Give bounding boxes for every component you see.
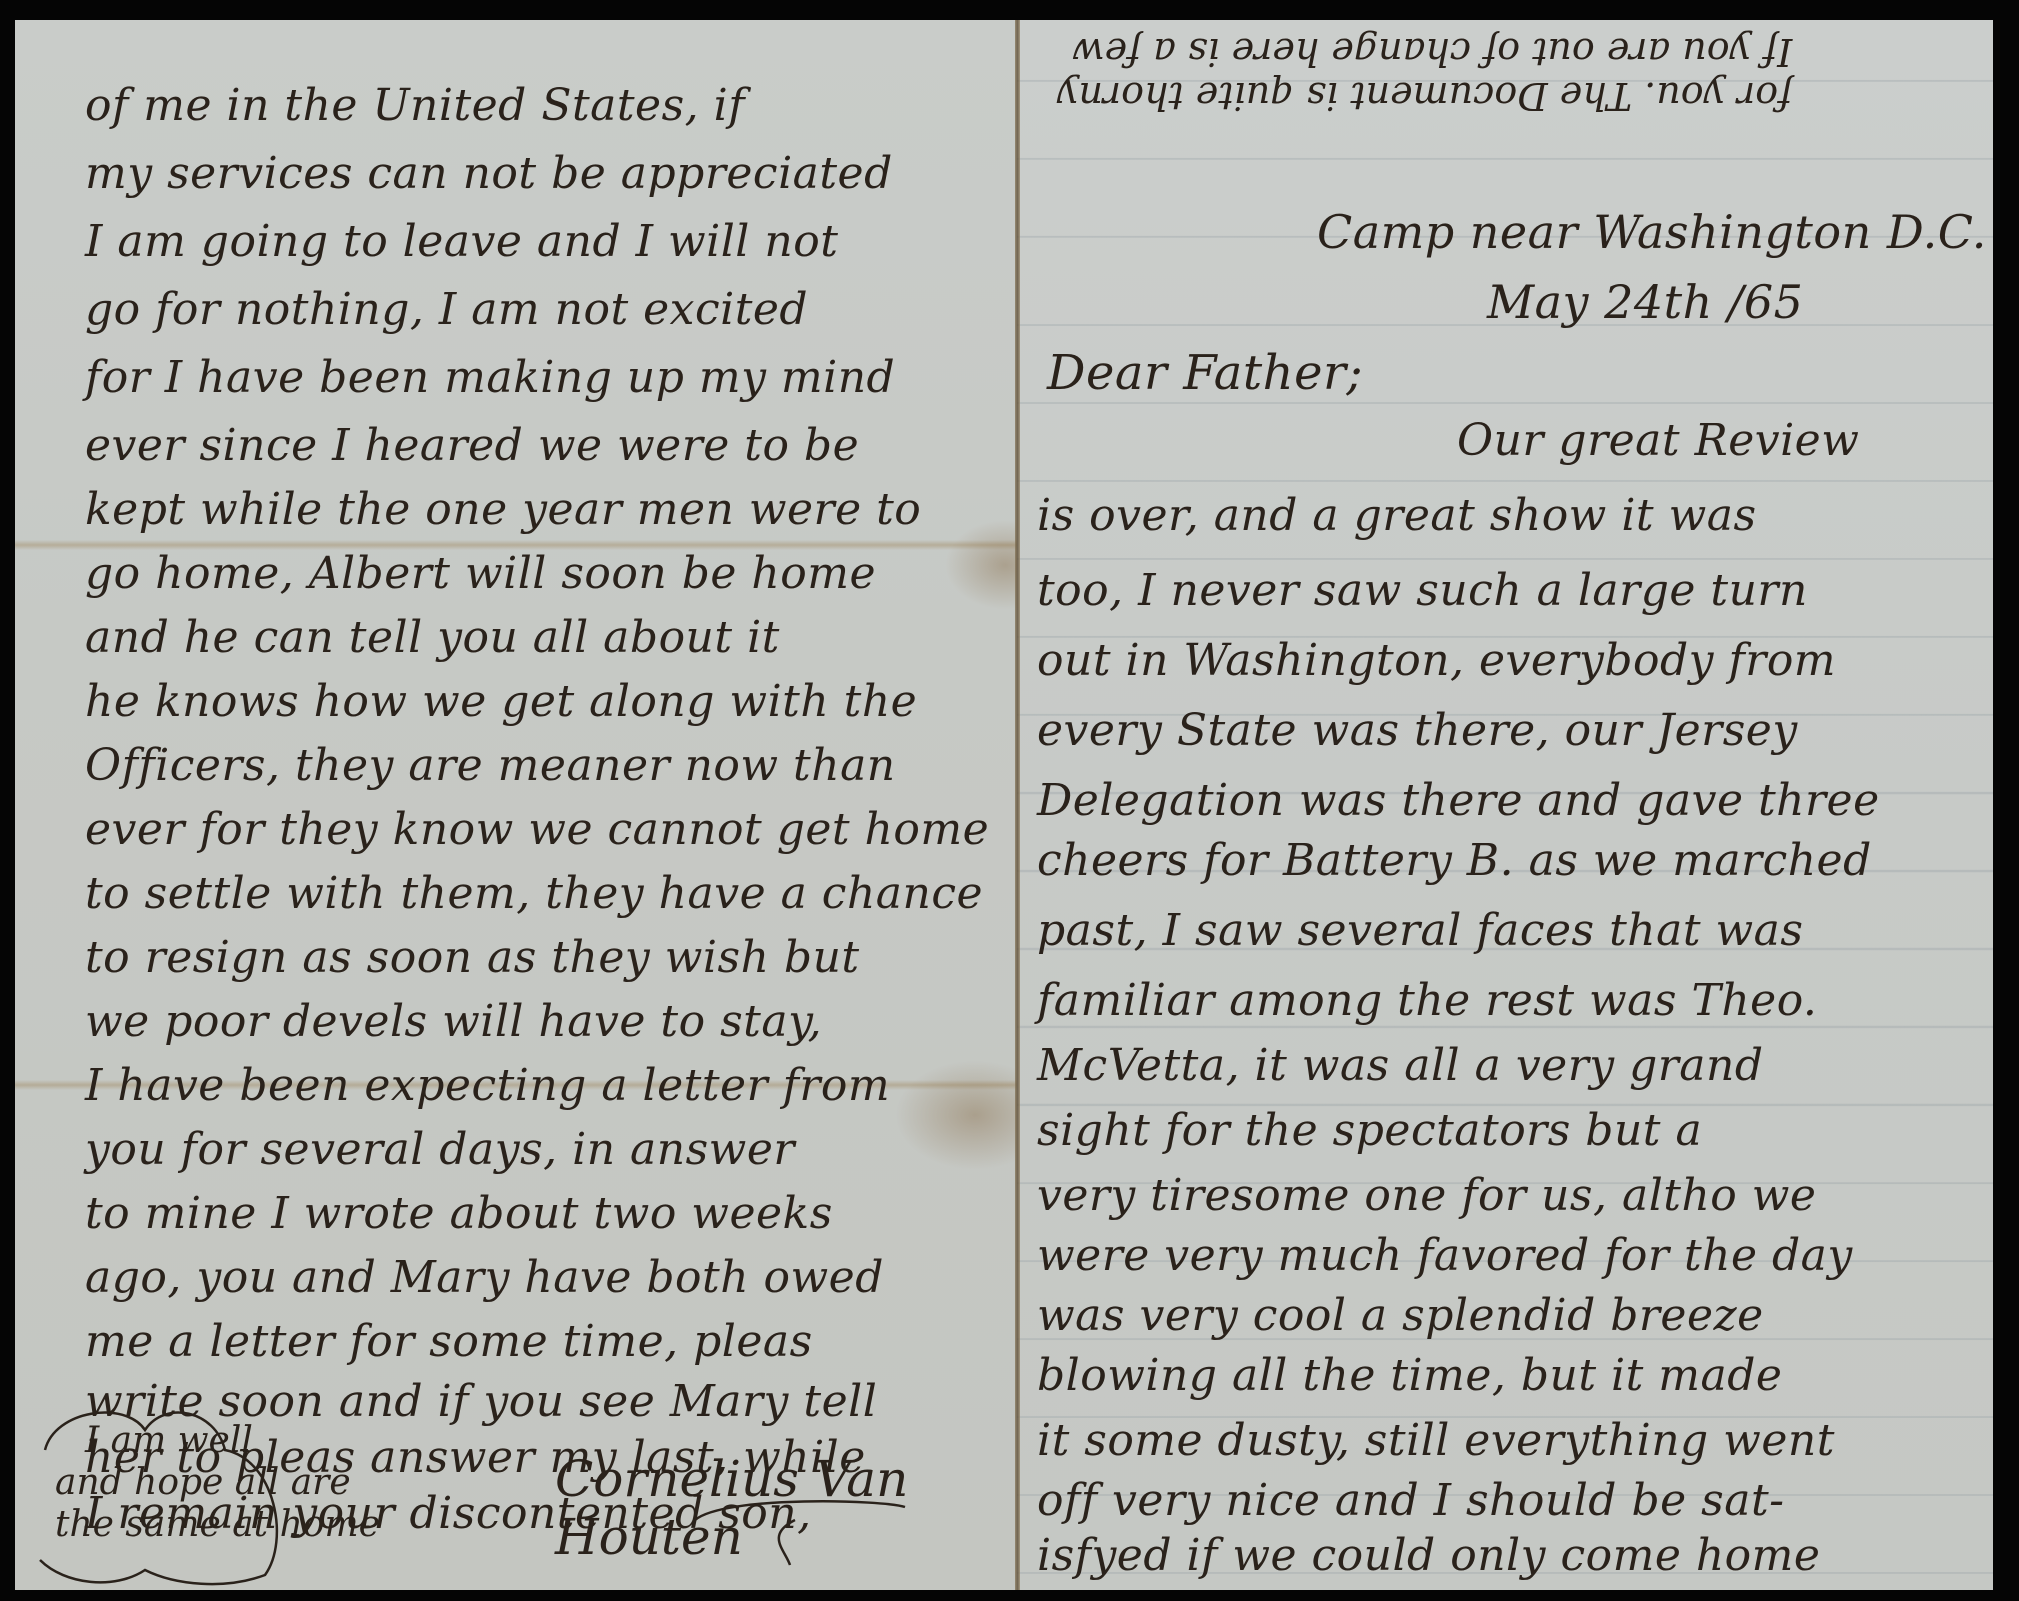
letter-line: is over, and a great show it was — [1037, 490, 1757, 541]
letter-line: off very nice and I should be sat- — [1037, 1475, 1785, 1526]
letter-line: to resign as soon as they wish but — [85, 932, 860, 983]
letter-line: were very much favored for the day — [1037, 1230, 1853, 1281]
letter-line: familiar among the rest was Theo. — [1037, 975, 1817, 1026]
letter-line: blowing all the time, but it made — [1037, 1350, 1782, 1401]
center-fold — [1015, 20, 1020, 1590]
letter-line: to settle with them, they have a chance — [85, 868, 983, 919]
salutation: Dear Father; — [1047, 345, 1363, 401]
letter-line: ever for they know we cannot get home — [85, 804, 989, 855]
letter-line: out in Washington, everybody from — [1037, 635, 1836, 686]
letter-line: isfyed if we could only come home — [1037, 1530, 1820, 1581]
letter-line: ever since I heared we were to be — [85, 420, 859, 471]
upside-down-note-line: for you. The Document is quite thorny — [1057, 74, 1792, 118]
letter-line: go for nothing, I am not excited — [85, 284, 808, 335]
letter-line: I have been expecting a letter from — [85, 1060, 890, 1111]
letter-line: every State was there, our Jersey — [1037, 705, 1798, 756]
letter-line: my services can not be appreciated — [85, 148, 893, 199]
letter-line: Our great Review — [1457, 415, 1859, 466]
letter-line: kept while the one year men were to — [85, 484, 921, 535]
letter-line: and he can tell you all about it — [85, 612, 780, 663]
age-stain — [895, 1060, 1017, 1170]
upside-down-note-line: If you are out of change here is a few — [1057, 30, 1792, 74]
letter-line: of me in the United States, if — [85, 80, 745, 131]
signature-flourish — [685, 1495, 925, 1575]
letter-date: May 24th /65 — [1487, 275, 1803, 329]
letter-line: I am going to leave and I will not — [85, 216, 838, 267]
postscript-flourish — [25, 1390, 295, 1590]
letter-line: sight for the spectators but a — [1037, 1105, 1702, 1156]
letter-line: he knows how we get along with the — [85, 676, 917, 727]
letter-line: was very cool a splendid breeze — [1037, 1290, 1764, 1341]
letter-line: we poor devels will have to stay, — [85, 996, 822, 1047]
age-stain — [945, 520, 1017, 610]
right-page: for you. The Document is quite thorny If… — [1017, 20, 1993, 1590]
letter-line: you for several days, in answer — [85, 1124, 795, 1175]
left-page: of me in the United States, if my servic… — [15, 20, 1017, 1590]
letter-line: for I have been making up my mind — [85, 352, 895, 403]
letter-line: to mine I wrote about two weeks — [85, 1188, 833, 1239]
letter-line: past, I saw several faces that was — [1037, 905, 1803, 956]
letter-line: too, I never saw such a large turn — [1037, 565, 1808, 616]
letter-line: ago, you and Mary have both owed — [85, 1252, 884, 1303]
letter-line: McVetta, it was all a very grand — [1037, 1040, 1764, 1091]
letter-line: Delegation was there and gave three — [1037, 775, 1880, 826]
letter-line: go home, Albert will soon be home — [85, 548, 876, 599]
letter-line: cheers for Battery B. as we marched — [1037, 835, 1872, 886]
letter-sheet: of me in the United States, if my servic… — [15, 20, 1993, 1590]
letter-line: me a letter for some time, pleas — [85, 1316, 813, 1367]
letter-place: Camp near Washington D.C. — [1317, 205, 1987, 259]
letter-line: very tiresome one for us, altho we — [1037, 1170, 1816, 1221]
letter-line: Officers, they are meaner now than — [85, 740, 896, 791]
letter-line: it some dusty, still everything went — [1037, 1415, 1835, 1466]
upside-down-note: for you. The Document is quite thorny If… — [1057, 30, 1792, 118]
